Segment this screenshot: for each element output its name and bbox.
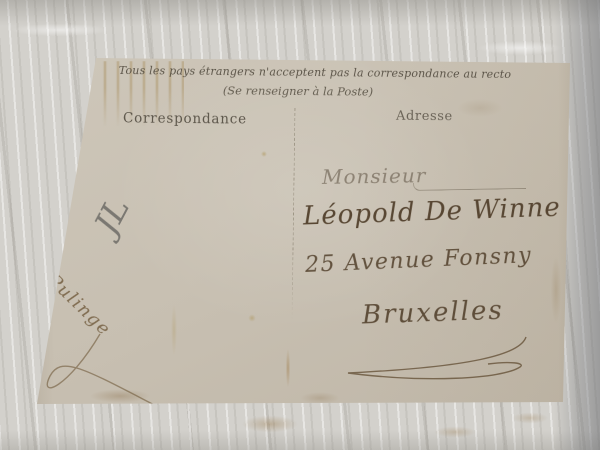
handwritten-city: Bruxelles [362,296,505,331]
salutation-underline [413,181,526,191]
handwritten-recipient-name: Léopold De Winne [303,193,562,232]
divider-dotted-line [292,108,296,320]
city-flourish-stroke [330,333,530,391]
handwritten-salutation: Monsieur [322,163,427,189]
adresse-header: Adresse [396,109,453,124]
handwritten-street: 25 Avenue Fonsny [305,243,533,278]
photo-of-postcard: Tous les pays étrangers n'acceptent pas … [0,0,600,450]
correspondance-header: Correspondance [123,110,247,127]
pencil-initials: JL [86,191,137,240]
printed-notice-line2: (Se renseigner à la Poste) [178,83,418,99]
